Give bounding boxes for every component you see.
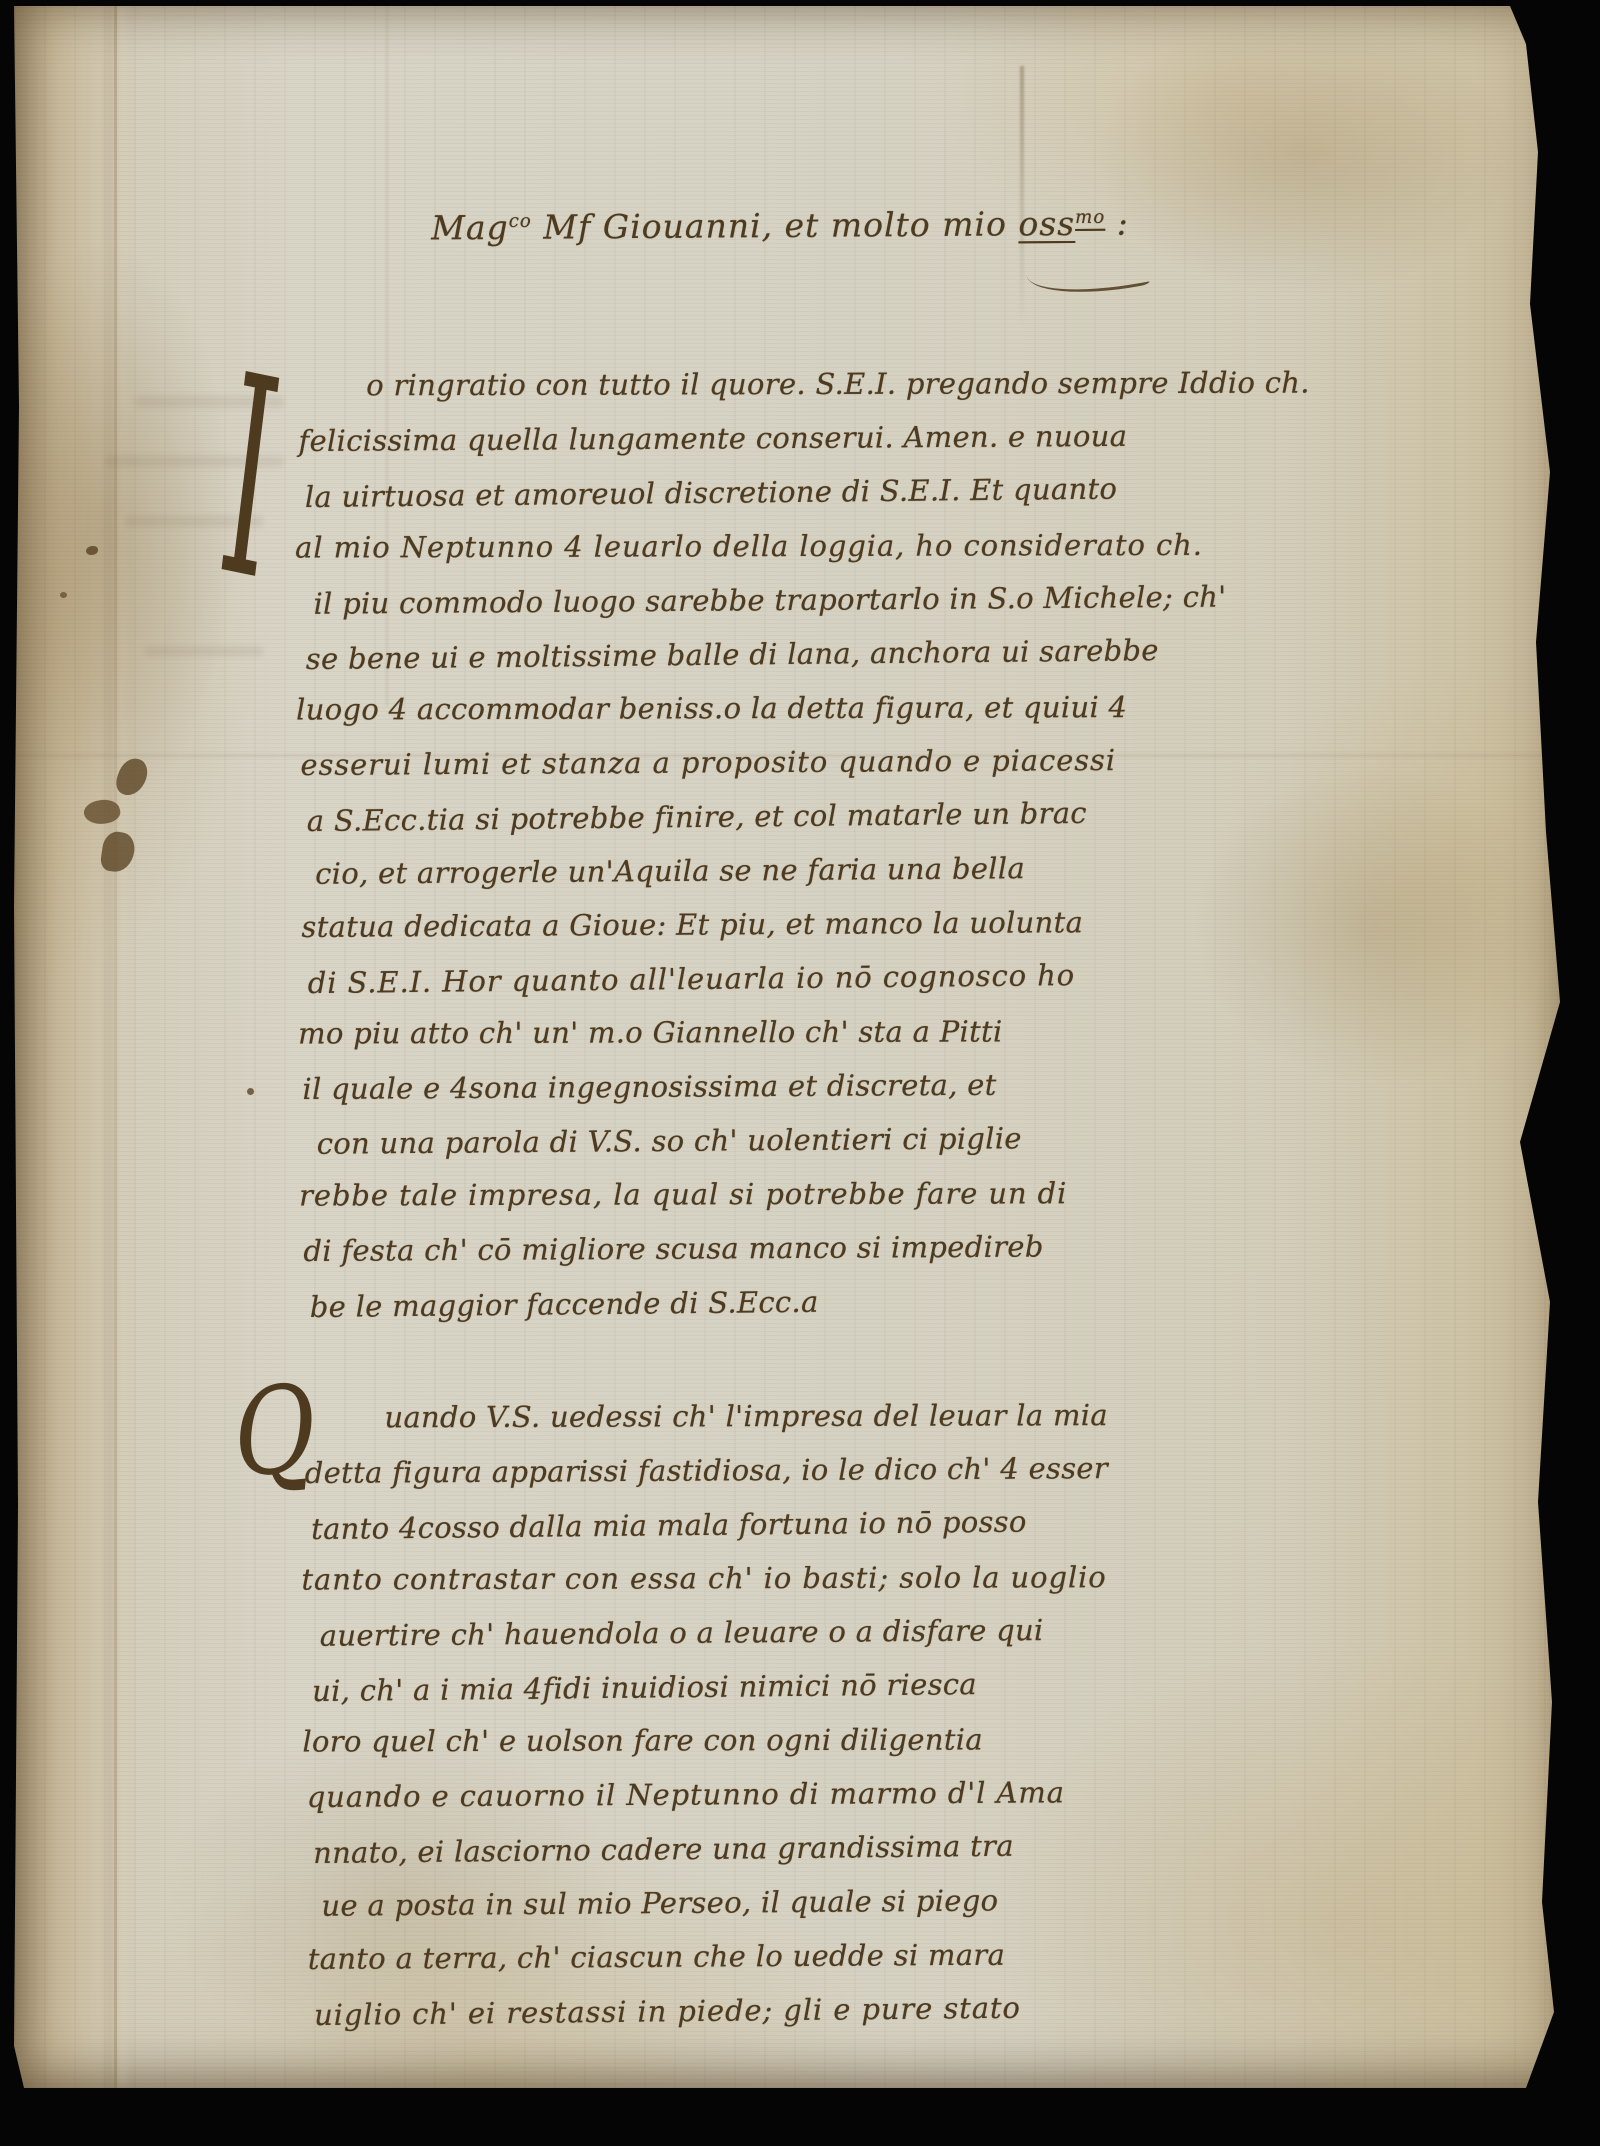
show-through-text xyxy=(134,396,284,408)
letter-salutation: Magco Mf Giouanni, et molto mio ossmo : xyxy=(340,203,1220,249)
salutation-text: : xyxy=(1105,204,1129,243)
manuscript-line: rebbe tale impresa, la qual si potrebbe … xyxy=(299,1166,1259,1223)
manuscript-line: cio, et arrogerle un'Aquila se ne faria … xyxy=(315,839,1275,901)
manuscript-line: di S.E.I. Hor quanto all'leuarla io nō c… xyxy=(308,946,1269,1010)
manuscript-line: mo piu atto ch' un' m.o Giannello ch' st… xyxy=(298,1004,1258,1061)
manuscript-line: il quale e 4sona ingegnosissima et discr… xyxy=(302,1056,1262,1116)
manuscript-line: a S.Ecc.tia si potrebbe finire, et col m… xyxy=(307,784,1268,848)
manuscript-line: quando e cauorno il Neptunno di marmo d'… xyxy=(307,1764,1267,1824)
paragraph-1: o ringratio con tutto il quore. S.E.I. p… xyxy=(298,354,1264,1332)
paper-stain xyxy=(0,246,234,806)
manuscript-line: o ringratio con tutto il quore. S.E.I. p… xyxy=(294,356,1254,413)
manuscript-line: uando V.S. uedessi ch' l'impresa del leu… xyxy=(300,1388,1260,1445)
fold-crease xyxy=(1020,66,1024,326)
show-through-text xyxy=(104,456,284,467)
paper-stain xyxy=(1094,16,1514,296)
manuscript-line: di festa ch' cō migliore scusa manco si … xyxy=(303,1218,1263,1278)
show-through-text xyxy=(124,516,264,527)
manuscript-line: tanto 4cosso dalla mia mala fortuna io n… xyxy=(311,1492,1272,1556)
manuscript-line: al mio Neptunno 4 leuarlo della loggia, … xyxy=(295,518,1255,575)
manuscript-line: detta figura apparissi fastidiosa, io le… xyxy=(305,1440,1265,1500)
manuscript-line: felicissima quella lungamente conserui. … xyxy=(298,408,1258,468)
manuscript-line: be le maggior faccende di S.Ecc.a xyxy=(310,1270,1271,1334)
salutation-superscript: mo xyxy=(1075,207,1105,228)
manuscript-line: tanto contrastar con essa ch' io basti; … xyxy=(301,1550,1261,1607)
manuscript-line: statua dedicata a Gioue: Et piu, et manc… xyxy=(301,894,1261,954)
manuscript-line: auertire ch' hauendola o a leuare o a di… xyxy=(320,1601,1280,1663)
manuscript-line: con una parola di V.S. so ch' uolentieri… xyxy=(317,1109,1277,1171)
manuscript-line: ue a posta in sul mio Perseo, il quale s… xyxy=(321,1871,1281,1933)
manuscript-line: se bene ui e moltissime balle di lana, a… xyxy=(306,622,1267,686)
manuscript-line: il piu commodo luogo sarebbe traportarlo… xyxy=(313,569,1273,631)
scan-background: { "document": { "type_note": "16th-centu… xyxy=(0,0,1600,2146)
manuscript-line: la uirtuosa et amoreuol discretione di S… xyxy=(305,460,1266,524)
manuscript-line: luogo 4 accommodar beniss.o la detta fig… xyxy=(296,680,1256,737)
manuscript-line: uiglio ch' ei restassi in piede; gli e p… xyxy=(314,1978,1275,2042)
salutation-superscript: co xyxy=(509,211,532,232)
salutation-text: Mag xyxy=(431,208,509,248)
manuscript-line: ui, ch' a i mia 4fidi inuidiosi nimici n… xyxy=(312,1654,1273,1718)
letter-body: o ringratio con tutto il quore. S.E.I. p… xyxy=(298,354,1268,2040)
manuscript-line: loro quel ch' e uolson fare con ogni dil… xyxy=(302,1712,1262,1769)
fold-crease xyxy=(114,6,117,2088)
show-through-text xyxy=(144,646,264,656)
salutation-underlined-text: oss xyxy=(1018,204,1075,243)
paragraph-2: uando V.S. uedessi ch' l'impresa del leu… xyxy=(304,1386,1268,2040)
manuscript-line: nnato, ei lasciorno cadere una grandissi… xyxy=(313,1816,1274,1880)
manuscript-line: tanto a terra, ch' ciascun che lo uedde … xyxy=(308,1926,1268,1986)
manuscript-line: esserui lumi et stanza a proposito quand… xyxy=(300,732,1260,792)
salutation-text: Mf Giouanni, et molto mio xyxy=(532,204,1019,246)
